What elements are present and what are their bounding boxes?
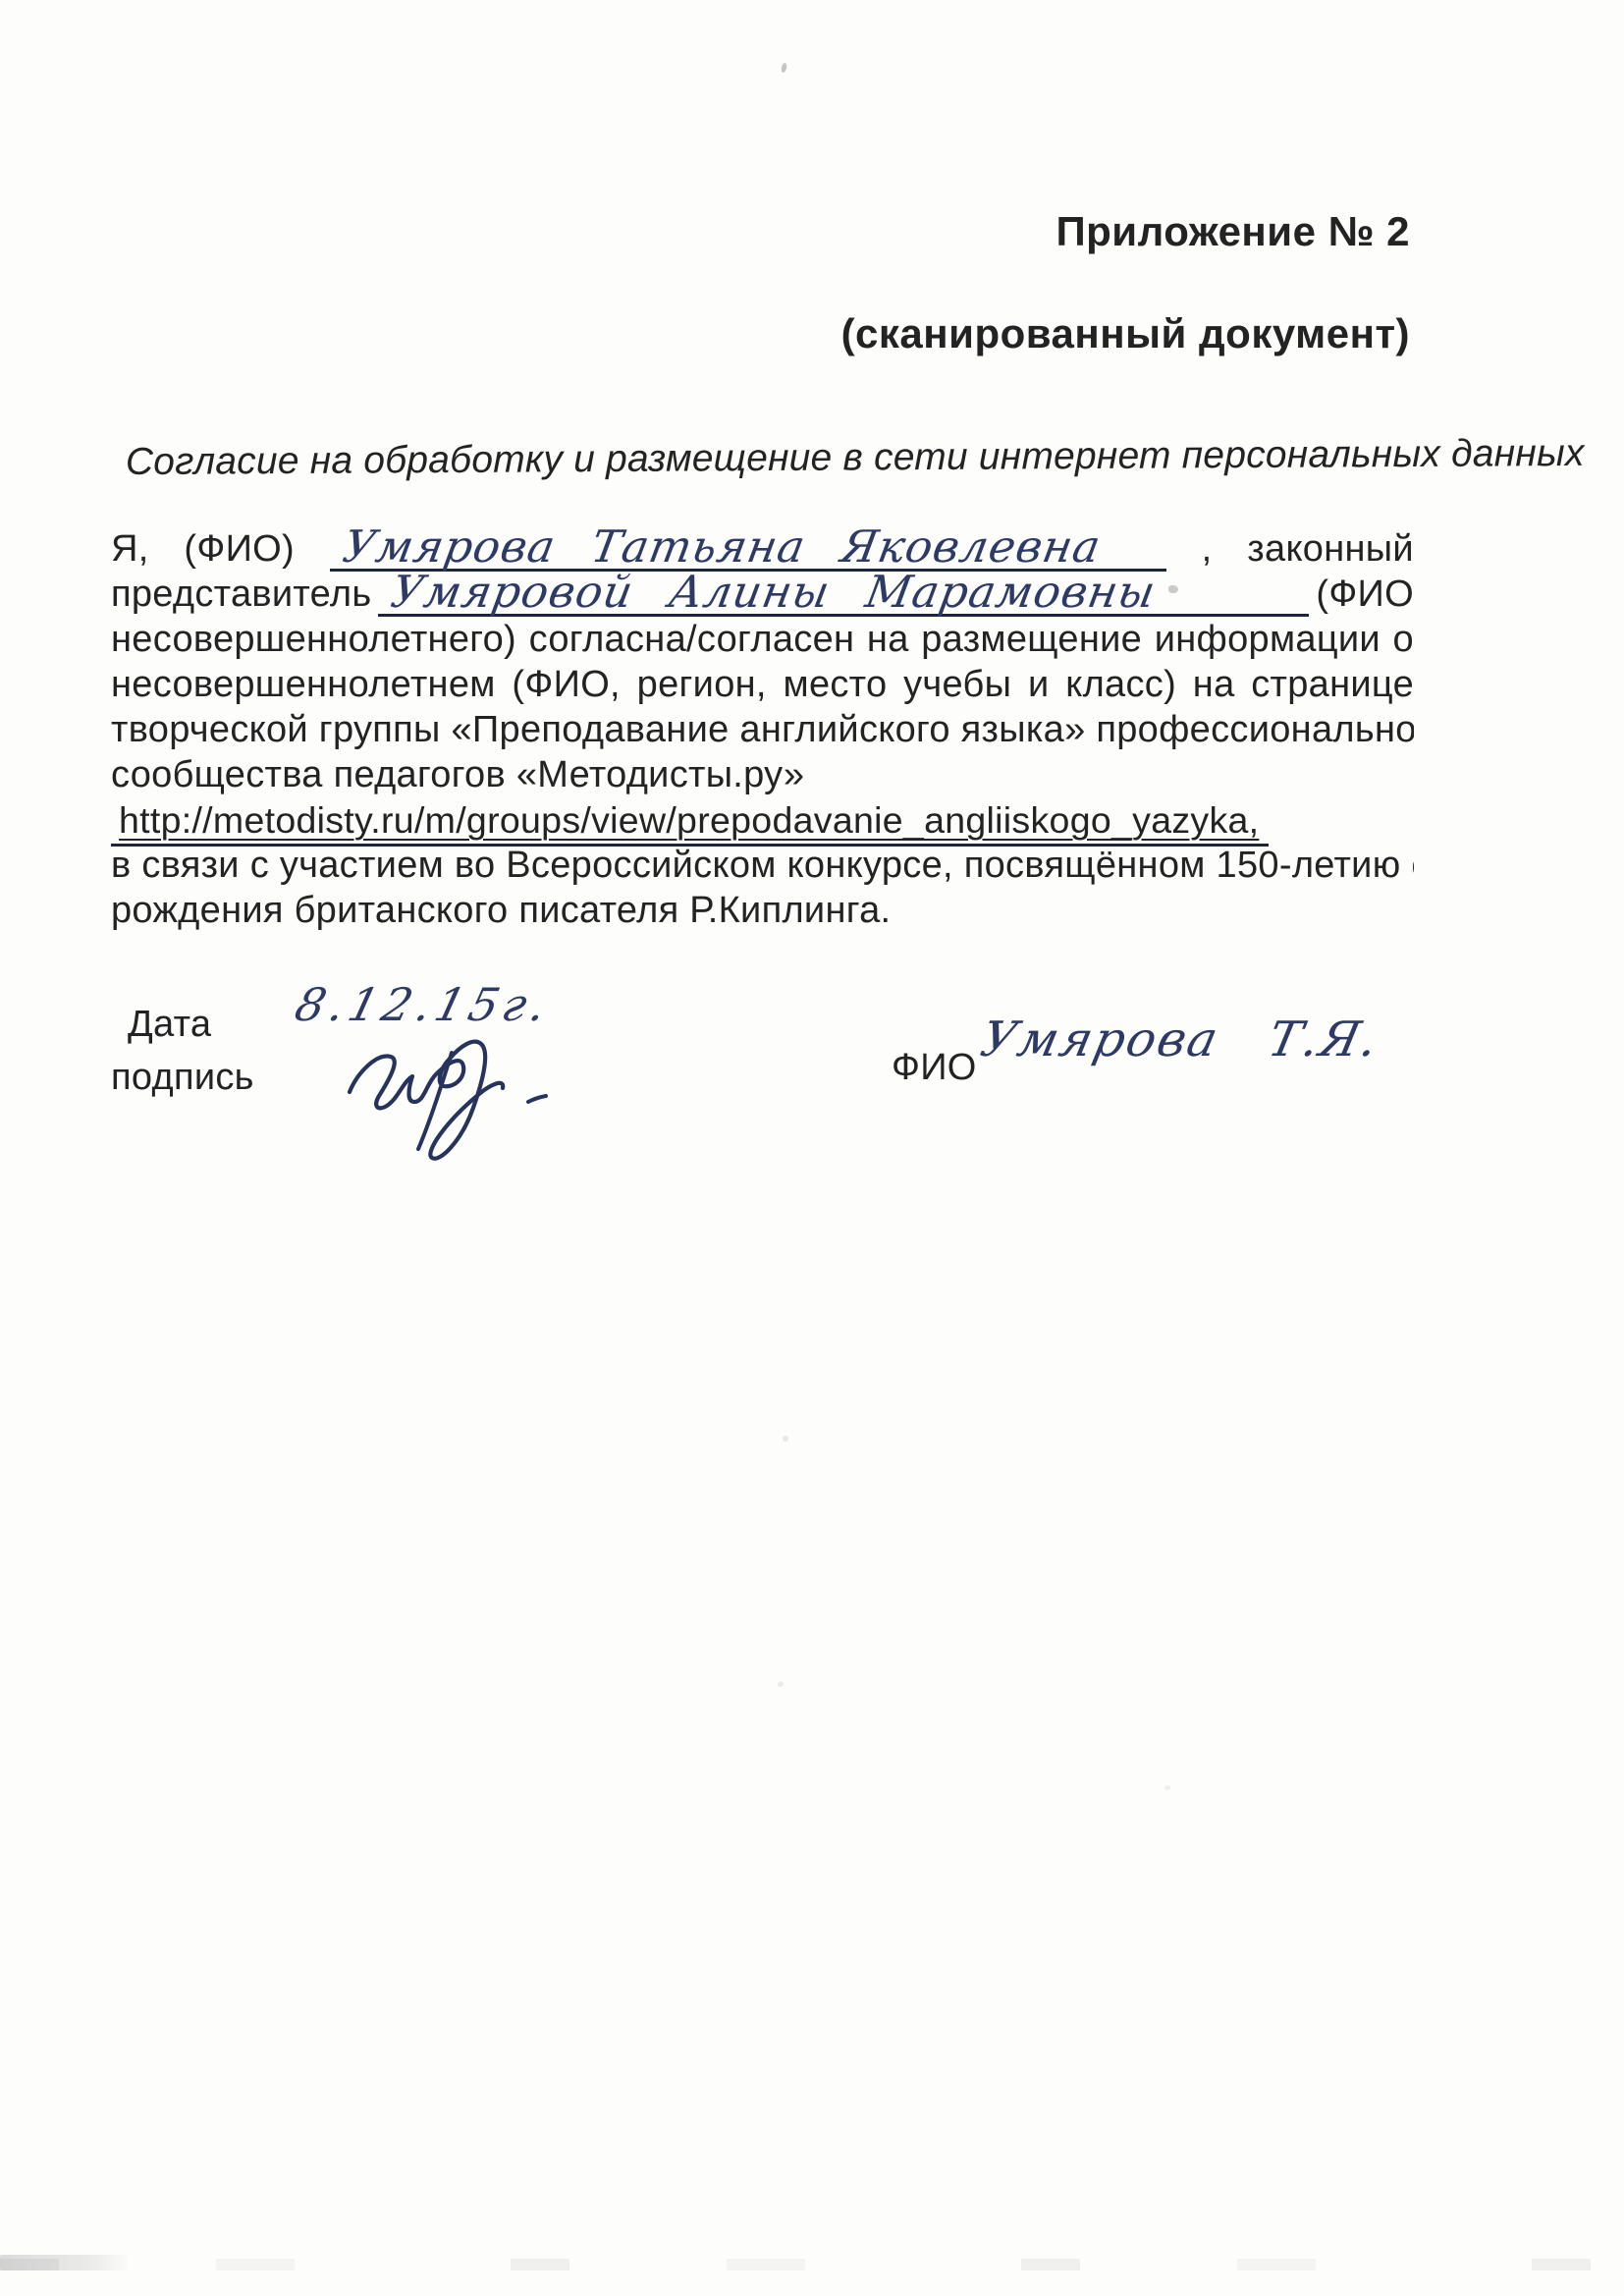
scan-speck <box>1168 585 1178 593</box>
scan-speck <box>1164 1785 1170 1790</box>
signature-label: подпись <box>111 1057 254 1099</box>
fio-label: ФИО <box>892 1047 977 1089</box>
signature-icon <box>336 1019 571 1167</box>
consent-line-representative: представитель Умяровой Алины Марамовны (… <box>111 572 1414 617</box>
parent-name-handwriting: Умярова Татьяна Яковлевна <box>340 524 1105 569</box>
consent-line-community: сообщества педагогов «Методисты.ру» <box>111 752 1414 797</box>
date-label: Дата <box>128 1004 211 1046</box>
consent-paragraph: Я, (ФИО) Умярова Татьяна Яковлевна , зак… <box>111 526 1414 933</box>
consent-line-contest: в связи с участием во Всероссийском конк… <box>111 843 1414 888</box>
comma-after-blank: , <box>1202 526 1213 572</box>
appendix-label: Приложение № 2 <box>1056 208 1410 255</box>
scan-speck <box>783 1436 788 1442</box>
child-name-handwriting: Умяровой Алины Марамовны <box>388 570 1160 614</box>
group-url-line: http://metodisty.ru/m/groups/view/prepod… <box>111 797 1414 843</box>
fio-open-paren: (ФИО <box>1316 572 1414 617</box>
signature-scribble <box>336 1019 571 1167</box>
scanned-note: (сканированный документ) <box>841 310 1410 357</box>
document-title: Согласие на обработку и размещение в сет… <box>126 432 1585 484</box>
scan-edge-noise <box>0 2259 1624 2270</box>
legal-word: законный <box>1247 526 1414 572</box>
fio-hint: (ФИО) <box>184 526 295 572</box>
consent-line-minor-info: несовершеннолетнем (ФИО, регион, место у… <box>111 662 1414 707</box>
child-name-blank: Умяровой Алины Марамовны <box>378 572 1309 617</box>
scanned-document-page: Приложение № 2 (сканированный документ) … <box>0 0 1624 2296</box>
consent-line-group: творческой группы «Преподавание английск… <box>111 707 1414 752</box>
consent-line-minor-agree: несовершеннолетнего) согласна/согласен н… <box>111 617 1414 662</box>
representative-label: представитель <box>111 572 371 617</box>
fio-handwriting: Умярова Т.Я. <box>976 1011 1384 1067</box>
i-pronoun: Я, <box>111 526 149 572</box>
scan-speck <box>778 1681 784 1687</box>
consent-line-kipling: рождения британского писателя Р.Киплинга… <box>111 888 1414 933</box>
scan-speck <box>781 63 787 74</box>
group-url: http://metodisty.ru/m/groups/view/prepod… <box>111 797 1269 847</box>
